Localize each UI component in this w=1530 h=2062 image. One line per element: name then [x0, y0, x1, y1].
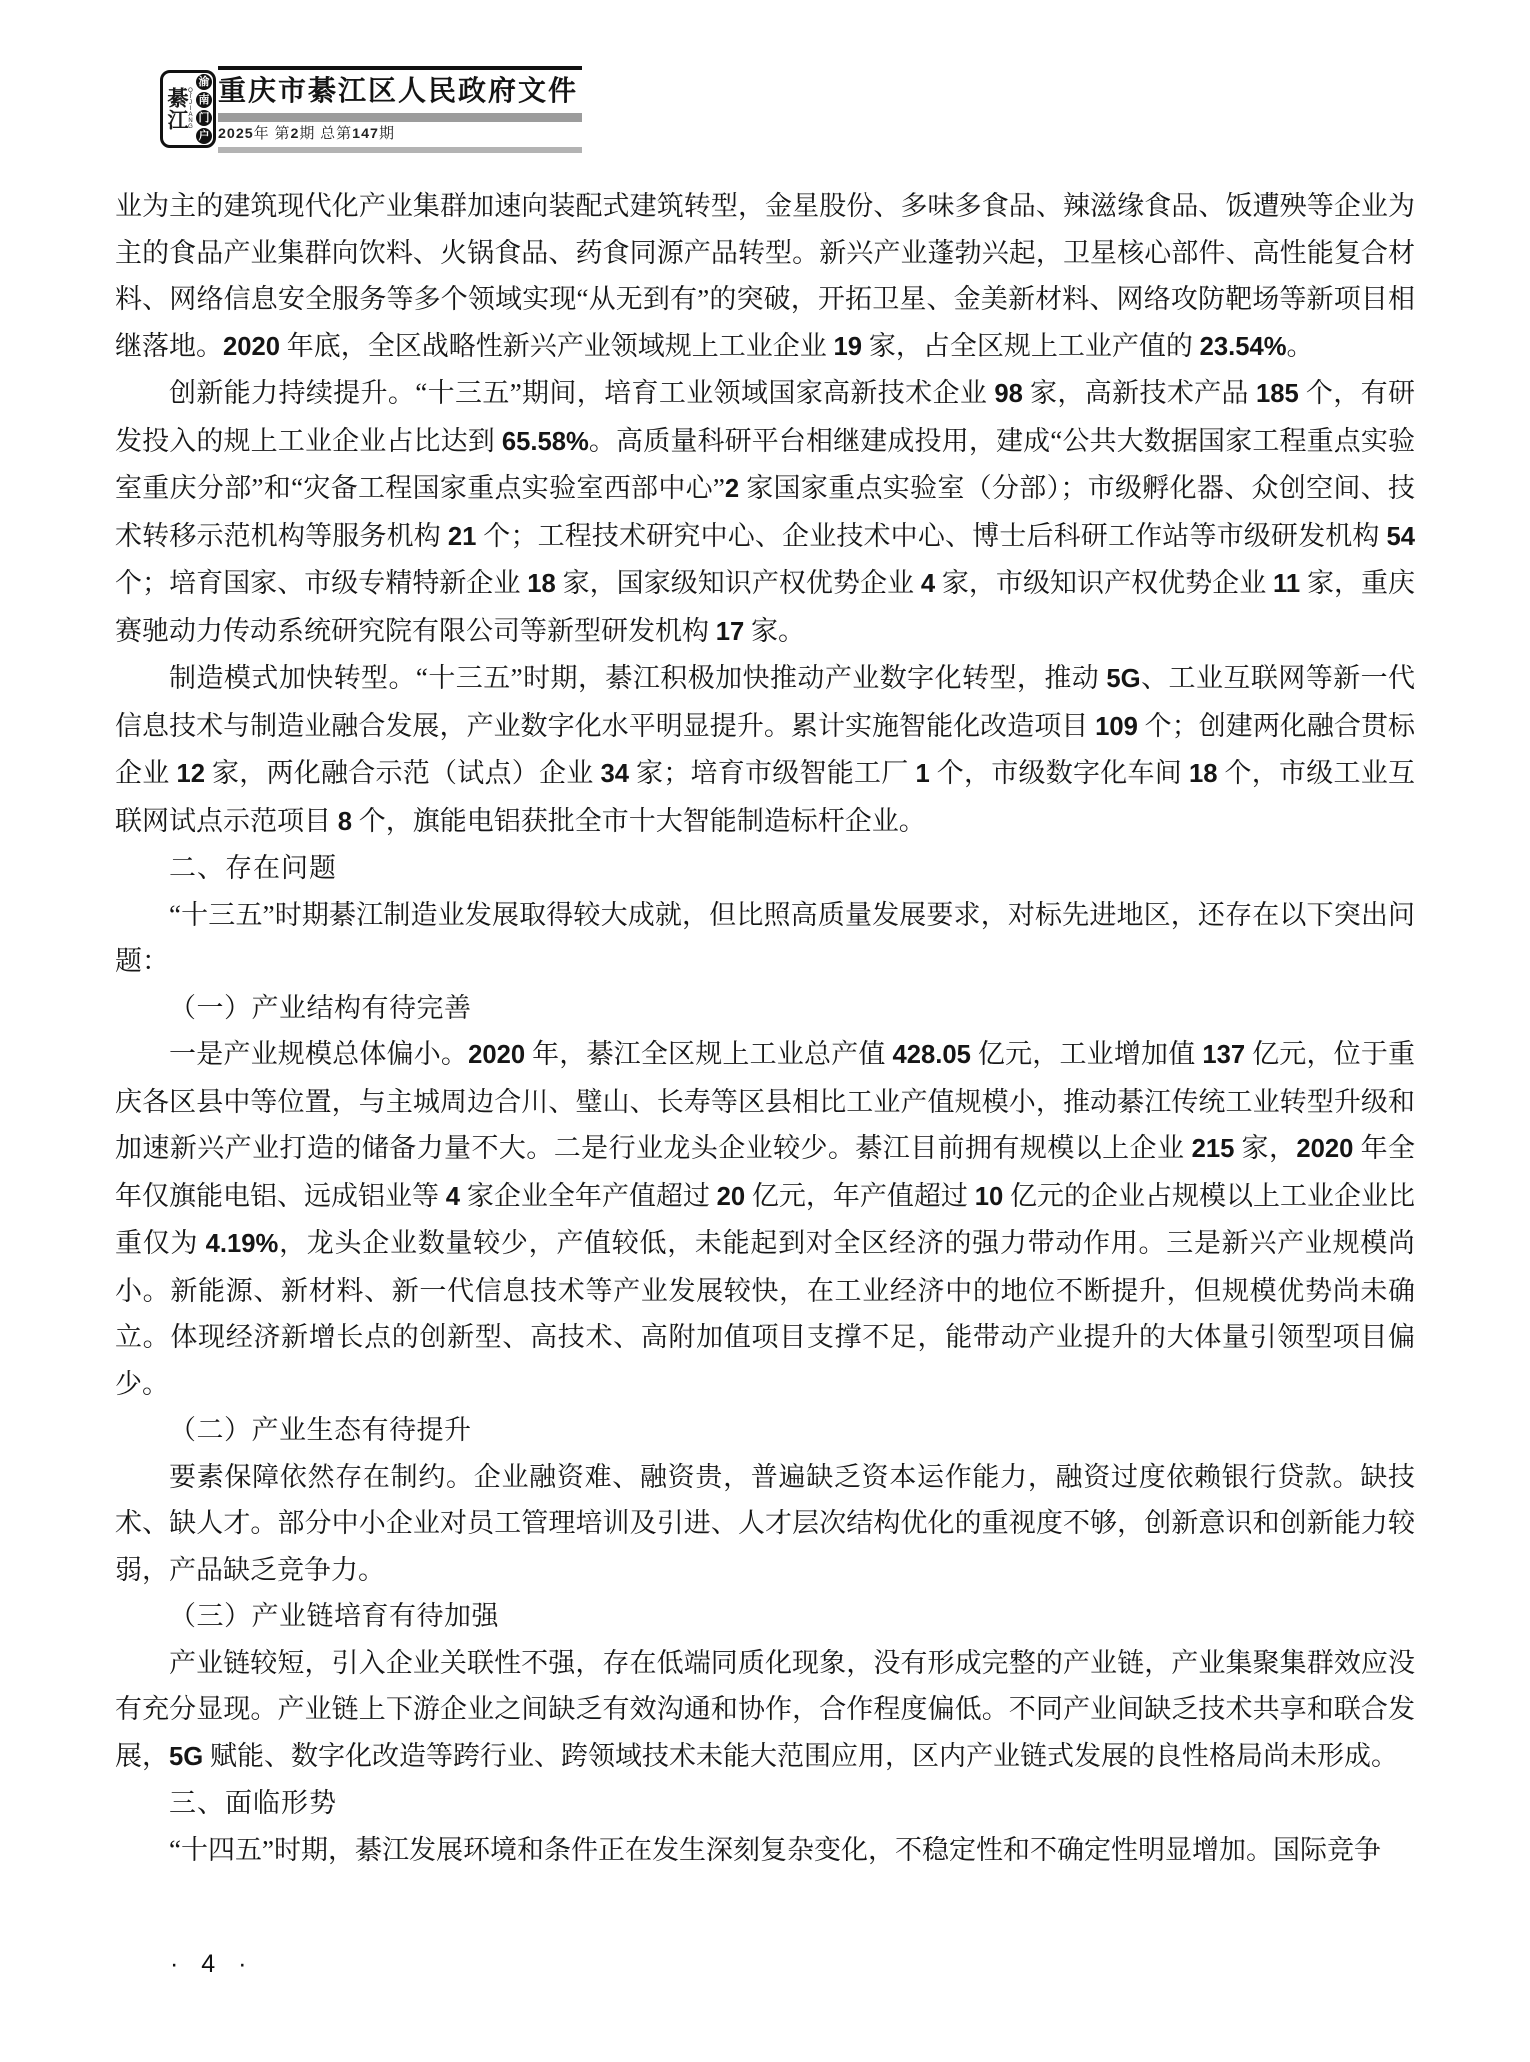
issue-info: 2025年 第2期 总第147期: [218, 127, 582, 142]
masthead-divider: [218, 113, 582, 122]
section-heading: （一）产业结构有待完善: [115, 985, 1415, 1032]
masthead-divider: [218, 147, 582, 153]
section-heading: 二、存在问题: [115, 845, 1415, 892]
logo-pinyin-text: QIJIANG: [188, 88, 194, 130]
section-heading: （三）产业链培育有待加强: [115, 1593, 1415, 1640]
logo-seal-icon: 渝: [196, 74, 212, 90]
paragraph: 要素保障依然存在制约。企业融资难、融资贵，普遍缺乏资本运作能力，融资过度依赖银行…: [115, 1454, 1415, 1594]
page-number: · 4 ·: [170, 1950, 254, 1979]
logo-seal-icon: 门: [196, 110, 212, 126]
document-page: 綦江 QIJIANG 渝 南 门 户 重庆市綦江区人民政府文件 2025年 第2…: [0, 0, 1530, 2062]
paragraph: 一是产业规模总体偏小。2020 年，綦江全区规上工业总产值 428.05 亿元，…: [115, 1031, 1415, 1407]
masthead-top-rule: [218, 66, 582, 70]
paragraph: “十四五”时期，綦江发展环境和条件正在发生深刻复杂变化，不稳定性和不确定性明显增…: [115, 1827, 1415, 1874]
document-body: 业为主的建筑现代化产业集群加速向装配式建筑转型，金星股份、多味多食品、辣滋缘食品…: [115, 183, 1415, 1873]
paragraph: 业为主的建筑现代化产业集群加速向装配式建筑转型，金星股份、多味多食品、辣滋缘食品…: [115, 183, 1415, 370]
logo-seal-column: 渝 南 门 户: [196, 74, 212, 144]
logo-seal-icon: 南: [196, 92, 212, 108]
logo-seal-icon: 户: [196, 128, 212, 144]
paragraph: 创新能力持续提升。“十三五”期间，培育工业领域国家高新技术企业 98 家，高新技…: [115, 370, 1415, 655]
section-heading: 三、面临形势: [115, 1780, 1415, 1827]
paragraph: 制造模式加快转型。“十三五”时期，綦江积极加快推动产业数字化转型，推动 5G、工…: [115, 655, 1415, 845]
agency-logo: 綦江 QIJIANG 渝 南 门 户: [160, 70, 216, 148]
logo-name-text: 綦江: [166, 87, 188, 131]
paragraph: 产业链较短，引入企业关联性不强，存在低端同质化现象，没有形成完整的产业链，产业集…: [115, 1640, 1415, 1781]
masthead-title-block: 重庆市綦江区人民政府文件 2025年 第2期 总第147期: [218, 66, 582, 153]
document-title: 重庆市綦江区人民政府文件: [218, 74, 582, 110]
paragraph: “十三五”时期綦江制造业发展取得较大成就，但比照高质量发展要求，对标先进地区，还…: [115, 892, 1415, 985]
section-heading: （二）产业生态有待提升: [115, 1407, 1415, 1454]
